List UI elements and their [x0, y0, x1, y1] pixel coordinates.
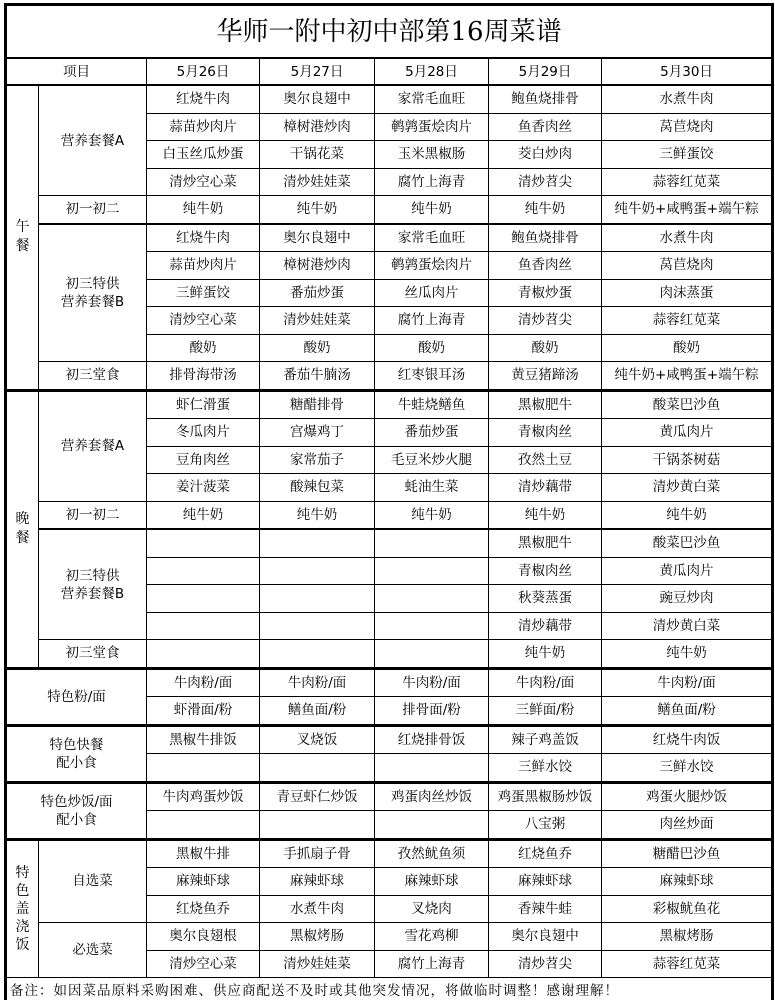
table-row: 午 餐 营养套餐A 红烧牛肉 奥尔良翅中 家常毛血旺 鲍鱼烧排骨 水煮牛肉 — [6, 85, 773, 113]
dish-cell: 酸奶 — [147, 334, 260, 362]
dish-cell: 红烧牛肉饭 — [602, 725, 773, 754]
dish-cell: 清炒娃娃菜 — [260, 950, 375, 978]
fried-rice-label: 特色炒饭/面 配小食 — [6, 782, 147, 839]
dish-cell: 家常毛血旺 — [375, 85, 489, 113]
dish-cell: 虾仁滑蛋 — [147, 390, 260, 419]
noodles-label: 特色粉/面 — [6, 668, 147, 725]
dish-cell: 纯牛奶 — [147, 501, 260, 529]
dish-cell: 鸡蛋肉丝炒饭 — [375, 782, 489, 811]
dish-cell: 牛肉粉/面 — [260, 668, 375, 697]
label-char: 浇 — [7, 918, 38, 936]
dish-cell: 黄瓜肉片 — [602, 419, 773, 447]
dish-cell: 三鲜水饺 — [489, 754, 602, 783]
dish-cell: 叉烧肉 — [375, 895, 489, 923]
dish-cell: 冬瓜肉片 — [147, 419, 260, 447]
dish-cell: 红枣银耳汤 — [375, 362, 489, 391]
label-char: 餐 — [7, 529, 38, 548]
dish-cell — [147, 811, 260, 840]
dish-cell: 毛豆米炒火腿 — [375, 446, 489, 474]
dish-cell: 纯牛奶+咸鸭蛋+端午粽 — [602, 362, 773, 391]
dish-cell: 番茄牛腩汤 — [260, 362, 375, 391]
table-row: 特色快餐 配小食 黑椒牛排饭 叉烧饭 红烧排骨饭 辣子鸡盖饭 红烧牛肉饭 — [6, 725, 773, 754]
dish-cell: 清炒空心菜 — [147, 307, 260, 335]
header-date: 5月29日 — [489, 58, 602, 85]
dish-cell — [375, 557, 489, 585]
table-row: 必选菜 奥尔良翅根 黑椒烤肠 雪花鸡柳 奥尔良翅中 黑椒烤肠 — [6, 923, 773, 951]
dish-cell: 牛肉鸡蛋炒饭 — [147, 782, 260, 811]
dinner-set-b-label: 初三特供 营养套餐B — [39, 529, 147, 640]
dish-cell: 纯牛奶 — [375, 196, 489, 224]
dish-cell: 青椒肉丝 — [489, 557, 602, 585]
dish-cell — [147, 585, 260, 613]
dinner-grade12-label: 初一初二 — [39, 501, 147, 529]
dish-cell: 红烧鱼乔 — [147, 895, 260, 923]
rice-bowl-section-label: 特 色 盖 浇 饭 — [6, 839, 39, 978]
label-char: 特 — [7, 864, 38, 882]
dish-cell — [260, 811, 375, 840]
label-line: 营养套餐B — [39, 293, 146, 311]
label-line: 初三特供 — [39, 567, 146, 585]
dish-cell: 黑椒牛排 — [147, 839, 260, 868]
table-row: 初三特供 营养套餐B 黑椒肥牛 酸菜巴沙鱼 — [6, 529, 773, 557]
label-char: 午 — [7, 218, 38, 237]
dish-cell: 豆角肉丝 — [147, 446, 260, 474]
note-row: 备注：如因菜品原料采购困难、供应商配送不及时或其他突发情况，将做临时调整！感谢理… — [6, 978, 773, 1000]
label-line: 特色炒饭/面 — [7, 793, 146, 811]
dish-cell — [375, 640, 489, 669]
dish-cell: 酸菜巴沙鱼 — [602, 529, 773, 557]
dish-cell: 纯牛奶 — [375, 501, 489, 529]
dish-cell: 白玉丝瓜炒蛋 — [147, 141, 260, 169]
dish-cell: 纯牛奶 — [260, 196, 375, 224]
dish-cell: 三鲜水饺 — [602, 754, 773, 783]
header-item-label: 项目 — [6, 58, 147, 85]
dish-cell: 水煮牛肉 — [260, 895, 375, 923]
dish-cell: 腐竹上海青 — [375, 307, 489, 335]
table-row: 特 色 盖 浇 饭 自选菜 黑椒牛排 手抓扇子骨 孜然鱿鱼须 红烧鱼乔 糖醋巴沙… — [6, 839, 773, 868]
table-row: 特色炒饭/面 配小食 牛肉鸡蛋炒饭 青豆虾仁炒饭 鸡蛋肉丝炒饭 鸡蛋黑椒肠炒饭 … — [6, 782, 773, 811]
dish-cell — [260, 612, 375, 640]
table-row: 初一初二 纯牛奶 纯牛奶 纯牛奶 纯牛奶 纯牛奶 — [6, 501, 773, 529]
dish-cell: 莴苣烧肉 — [602, 252, 773, 280]
dish-cell: 青椒肉丝 — [489, 419, 602, 447]
dish-cell: 清炒苕尖 — [489, 307, 602, 335]
dish-cell: 鲍鱼烧排骨 — [489, 85, 602, 113]
dish-cell: 鸡蛋黑椒肠炒饭 — [489, 782, 602, 811]
dish-cell: 茭白炒肉 — [489, 141, 602, 169]
dish-cell: 黄瓜肉片 — [602, 557, 773, 585]
dish-cell: 红烧排骨饭 — [375, 725, 489, 754]
dish-cell — [375, 811, 489, 840]
dish-cell: 酸奶 — [489, 334, 602, 362]
dish-cell: 手抓扇子骨 — [260, 839, 375, 868]
label-char: 餐 — [7, 237, 38, 256]
dish-cell: 纯牛奶 — [489, 501, 602, 529]
dish-cell: 三鲜面/粉 — [489, 697, 602, 726]
dish-cell — [260, 640, 375, 669]
dish-cell: 麻辣虾球 — [260, 868, 375, 896]
dish-cell — [147, 529, 260, 557]
dish-cell: 清炒苕尖 — [489, 168, 602, 196]
label-line: 初三特供 — [39, 275, 146, 293]
dish-cell: 蚝油生菜 — [375, 474, 489, 502]
dish-cell: 纯牛奶 — [602, 640, 773, 669]
lunch-grade12-label: 初一初二 — [39, 196, 147, 224]
weekly-menu-sheet: 华师一附中初中部第16周菜谱 项目 5月26日 5月27日 5月28日 5月29… — [4, 3, 774, 1000]
dish-cell: 莴苣烧肉 — [602, 113, 773, 141]
dish-cell: 黑椒肥牛 — [489, 529, 602, 557]
header-row: 项目 5月26日 5月27日 5月28日 5月29日 5月30日 — [6, 58, 773, 85]
dish-cell: 黑椒烤肠 — [260, 923, 375, 951]
dinner-section-label: 晚 餐 — [6, 390, 39, 668]
dish-cell: 纯牛奶 — [489, 640, 602, 669]
table-row: 初一初二 纯牛奶 纯牛奶 纯牛奶 纯牛奶 纯牛奶+咸鸭蛋+端午粽 — [6, 196, 773, 224]
dish-cell: 麻辣虾球 — [602, 868, 773, 896]
label-char: 色 — [7, 882, 38, 900]
dish-cell: 雪花鸡柳 — [375, 923, 489, 951]
dish-cell: 孜然鱿鱼须 — [375, 839, 489, 868]
dish-cell: 红烧牛肉 — [147, 224, 260, 252]
dish-cell: 糖醋巴沙鱼 — [602, 839, 773, 868]
label-char: 盖 — [7, 900, 38, 918]
dish-cell: 腐竹上海青 — [375, 950, 489, 978]
dish-cell: 酸奶 — [260, 334, 375, 362]
dish-cell — [147, 557, 260, 585]
dish-cell: 清炒苕尖 — [489, 950, 602, 978]
dish-cell: 清炒藕带 — [489, 612, 602, 640]
dish-cell — [260, 754, 375, 783]
dish-cell: 麻辣虾球 — [375, 868, 489, 896]
menu-table: 华师一附中初中部第16周菜谱 项目 5月26日 5月27日 5月28日 5月29… — [4, 3, 774, 1000]
dish-cell: 酸辣包菜 — [260, 474, 375, 502]
dish-cell — [260, 585, 375, 613]
dish-cell — [260, 557, 375, 585]
dish-cell: 红烧鱼乔 — [489, 839, 602, 868]
dish-cell: 三鲜蛋饺 — [147, 279, 260, 307]
dish-cell: 姜汁菠菜 — [147, 474, 260, 502]
dish-cell: 奥尔良翅中 — [489, 923, 602, 951]
dish-cell: 水煮牛肉 — [602, 85, 773, 113]
dish-cell: 清炒黄白菜 — [602, 612, 773, 640]
dish-cell: 鱼香肉丝 — [489, 113, 602, 141]
dish-cell: 奥尔良翅根 — [147, 923, 260, 951]
dish-cell: 蒜蓉红苋菜 — [602, 168, 773, 196]
footnote: 备注：如因菜品原料采购困难、供应商配送不及时或其他突发情况，将做临时调整！感谢理… — [6, 978, 773, 1000]
dish-cell: 牛肉粉/面 — [489, 668, 602, 697]
dish-cell: 纯牛奶 — [602, 501, 773, 529]
dish-cell: 鹌鹑蛋烩肉片 — [375, 252, 489, 280]
dish-cell: 鳝鱼面/粉 — [260, 697, 375, 726]
header-date: 5月27日 — [260, 58, 375, 85]
dish-cell: 家常毛血旺 — [375, 224, 489, 252]
dish-cell: 牛蛙烧鳝鱼 — [375, 390, 489, 419]
dinner-set-a-label: 营养套餐A — [39, 390, 147, 501]
dish-cell: 辣子鸡盖饭 — [489, 725, 602, 754]
dish-cell: 鸡蛋火腿炒饭 — [602, 782, 773, 811]
dish-cell: 酸菜巴沙鱼 — [602, 390, 773, 419]
dish-cell: 排骨面/粉 — [375, 697, 489, 726]
table-row: 晚 餐 营养套餐A 虾仁滑蛋 糖醋排骨 牛蛙烧鳝鱼 黑椒肥牛 酸菜巴沙鱼 — [6, 390, 773, 419]
dinner-grade3-dine-label: 初三堂食 — [39, 640, 147, 669]
dish-cell — [375, 612, 489, 640]
dish-cell: 奥尔良翅中 — [260, 85, 375, 113]
dish-cell: 奥尔良翅中 — [260, 224, 375, 252]
dish-cell: 虾滑面/粉 — [147, 697, 260, 726]
dish-cell: 水煮牛肉 — [602, 224, 773, 252]
dish-cell: 纯牛奶 — [489, 196, 602, 224]
table-row: 初三特供 营养套餐B 红烧牛肉 奥尔良翅中 家常毛血旺 鲍鱼烧排骨 水煮牛肉 — [6, 224, 773, 252]
dish-cell: 蒜蓉红苋菜 — [602, 950, 773, 978]
dish-cell: 肉丝炒面 — [602, 811, 773, 840]
dish-cell: 孜然土豆 — [489, 446, 602, 474]
dish-cell — [147, 754, 260, 783]
dish-cell: 牛肉粉/面 — [147, 668, 260, 697]
dish-cell — [375, 754, 489, 783]
dish-cell: 糖醋排骨 — [260, 390, 375, 419]
lunch-set-a-label: 营养套餐A — [39, 85, 147, 196]
dish-cell: 黑椒烤肠 — [602, 923, 773, 951]
dish-cell: 酸奶 — [602, 334, 773, 362]
dish-cell: 番茄炒蛋 — [260, 279, 375, 307]
dish-cell: 八宝粥 — [489, 811, 602, 840]
label-line: 特色快餐 — [7, 736, 146, 754]
label-line: 营养套餐B — [39, 585, 146, 603]
table-row: 初三堂食 排骨海带汤 番茄牛腩汤 红枣银耳汤 黄豆猪蹄汤 纯牛奶+咸鸭蛋+端午粽 — [6, 362, 773, 391]
label-line: 配小食 — [7, 754, 146, 772]
dish-cell: 青豆虾仁炒饭 — [260, 782, 375, 811]
dish-cell: 番茄炒蛋 — [375, 419, 489, 447]
page-title: 华师一附中初中部第16周菜谱 — [6, 5, 773, 59]
dish-cell: 排骨海带汤 — [147, 362, 260, 391]
dish-cell: 纯牛奶 — [147, 196, 260, 224]
dish-cell: 清炒藕带 — [489, 474, 602, 502]
rice-bowl-required-label: 必选菜 — [39, 923, 147, 978]
dish-cell: 黄豆猪蹄汤 — [489, 362, 602, 391]
dish-cell: 清炒空心菜 — [147, 168, 260, 196]
dish-cell: 宫爆鸡丁 — [260, 419, 375, 447]
dish-cell: 青椒炒蛋 — [489, 279, 602, 307]
dish-cell: 玉米黑椒肠 — [375, 141, 489, 169]
dish-cell: 蒜苗炒肉片 — [147, 113, 260, 141]
dish-cell: 香辣牛蛙 — [489, 895, 602, 923]
dish-cell: 秋葵蒸蛋 — [489, 585, 602, 613]
dish-cell: 樟树港炒肉 — [260, 113, 375, 141]
header-date: 5月28日 — [375, 58, 489, 85]
label-char: 饭 — [7, 936, 38, 954]
dish-cell: 鳝鱼面/粉 — [602, 697, 773, 726]
dish-cell — [147, 640, 260, 669]
dish-cell: 清炒娃娃菜 — [260, 307, 375, 335]
dish-cell: 鱼香肉丝 — [489, 252, 602, 280]
dish-cell: 蒜苗炒肉片 — [147, 252, 260, 280]
dish-cell: 干锅花菜 — [260, 141, 375, 169]
lunch-set-b-label: 初三特供 营养套餐B — [39, 224, 147, 362]
dish-cell — [147, 612, 260, 640]
table-row: 初三堂食 纯牛奶 纯牛奶 — [6, 640, 773, 669]
dish-cell: 肉沫蒸蛋 — [602, 279, 773, 307]
dish-cell: 樟树港炒肉 — [260, 252, 375, 280]
dish-cell: 黑椒牛排饭 — [147, 725, 260, 754]
label-char: 晚 — [7, 510, 38, 529]
dish-cell: 牛肉粉/面 — [602, 668, 773, 697]
dish-cell: 牛肉粉/面 — [375, 668, 489, 697]
dish-cell — [375, 585, 489, 613]
dish-cell: 麻辣虾球 — [147, 868, 260, 896]
dish-cell: 鲍鱼烧排骨 — [489, 224, 602, 252]
dish-cell: 丝瓜肉片 — [375, 279, 489, 307]
fast-meal-label: 特色快餐 配小食 — [6, 725, 147, 782]
dish-cell: 清炒娃娃菜 — [260, 168, 375, 196]
dish-cell: 家常茄子 — [260, 446, 375, 474]
dish-cell: 纯牛奶+咸鸭蛋+端午粽 — [602, 196, 773, 224]
lunch-grade3-dine-label: 初三堂食 — [39, 362, 147, 391]
dish-cell: 彩椒鱿鱼花 — [602, 895, 773, 923]
dish-cell — [375, 529, 489, 557]
header-date: 5月30日 — [602, 58, 773, 85]
dish-cell: 蒜蓉红苋菜 — [602, 307, 773, 335]
table-row: 特色粉/面 牛肉粉/面 牛肉粉/面 牛肉粉/面 牛肉粉/面 牛肉粉/面 — [6, 668, 773, 697]
header-date: 5月26日 — [147, 58, 260, 85]
dish-cell: 干锅茶树菇 — [602, 446, 773, 474]
dish-cell — [260, 529, 375, 557]
dish-cell: 麻辣虾球 — [489, 868, 602, 896]
dish-cell: 纯牛奶 — [260, 501, 375, 529]
dish-cell: 清炒黄白菜 — [602, 474, 773, 502]
dish-cell: 鹌鹑蛋烩肉片 — [375, 113, 489, 141]
dish-cell: 红烧牛肉 — [147, 85, 260, 113]
dish-cell: 酸奶 — [375, 334, 489, 362]
dish-cell: 腐竹上海青 — [375, 168, 489, 196]
rice-bowl-optional-label: 自选菜 — [39, 839, 147, 923]
dish-cell: 黑椒肥牛 — [489, 390, 602, 419]
dish-cell: 清炒空心菜 — [147, 950, 260, 978]
dish-cell: 叉烧饭 — [260, 725, 375, 754]
dish-cell: 三鲜蛋饺 — [602, 141, 773, 169]
lunch-section-label: 午 餐 — [6, 85, 39, 390]
dish-cell: 豌豆炒肉 — [602, 585, 773, 613]
label-line: 配小食 — [7, 811, 146, 829]
